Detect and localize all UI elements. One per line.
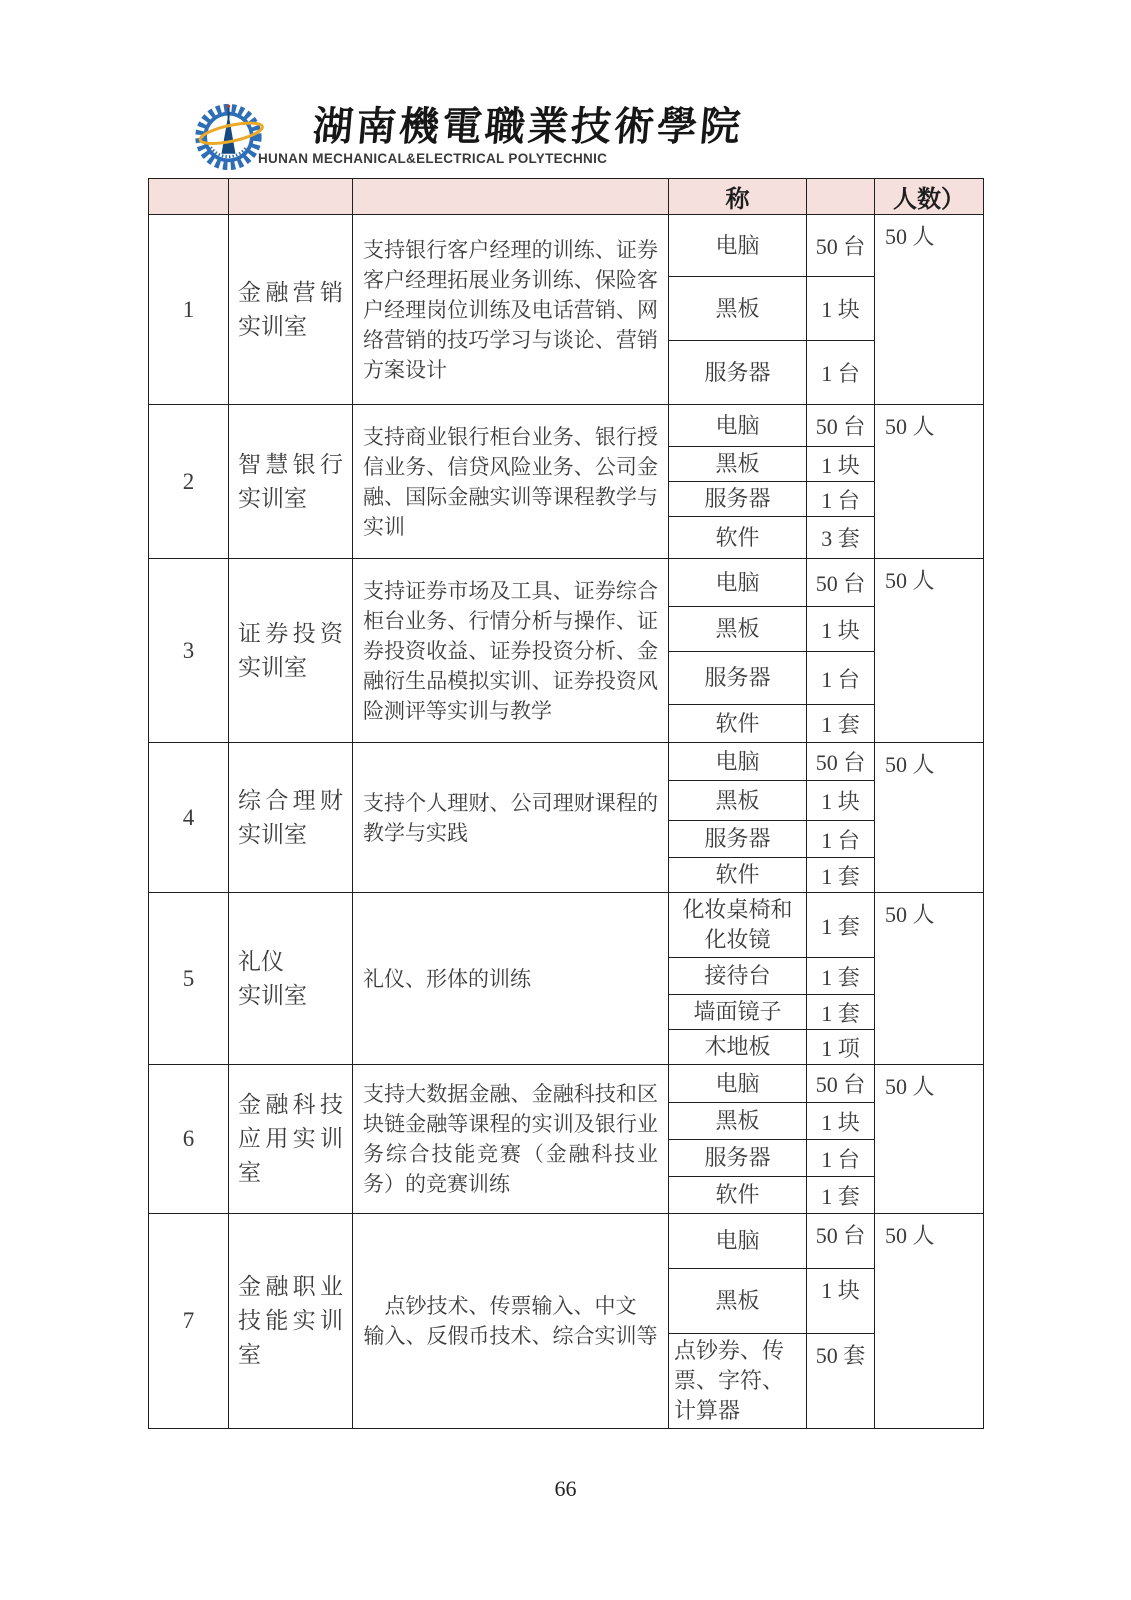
room-description-cell: 点钞技术、传票输入、中文 输入、反假币技术、综合实训等 bbox=[353, 1214, 669, 1429]
training-room-table: 称 人数） 1金融营销实训室支持银行客户经理的训练、证券客户经理拓展业务训练、保… bbox=[148, 178, 984, 1429]
equipment-qty-cell: 50 台 bbox=[807, 1065, 875, 1103]
equipment-name-cell: 化妆桌椅和化妆镜 bbox=[669, 893, 807, 958]
table-row: 6金融科技应用实训室支持大数据金融、金融科技和区块链金融等课程的实训及银行业务综… bbox=[149, 1065, 984, 1103]
equipment-qty-cell: 1 台 bbox=[807, 341, 875, 405]
equipment-name-cell: 电脑 bbox=[669, 1214, 807, 1269]
capacity-cell: 50 人 bbox=[875, 1065, 984, 1214]
equipment-qty-cell: 50 台 bbox=[807, 743, 875, 781]
equipment-qty-cell: 1 套 bbox=[807, 893, 875, 958]
equipment-qty-cell: 1 台 bbox=[807, 652, 875, 705]
row-seq-cell: 5 bbox=[149, 893, 229, 1065]
equipment-qty-cell: 1 套 bbox=[807, 705, 875, 743]
equipment-qty-cell: 1 块 bbox=[807, 781, 875, 821]
row-seq-cell: 7 bbox=[149, 1214, 229, 1429]
school-logo: 湖南機電職業技術學院 HUNAN MECHANICAL&ELECTRICAL P… bbox=[193, 98, 743, 176]
equipment-qty-cell: 1 块 bbox=[807, 1269, 875, 1334]
table-row: 3证券投资实训室支持证券市场及工具、证券综合柜台业务、行情分析与操作、证券投资收… bbox=[149, 559, 984, 607]
room-name-cell: 智慧银行实训室 bbox=[229, 405, 353, 559]
equipment-qty-cell: 1 块 bbox=[807, 447, 875, 482]
equipment-qty-cell: 1 台 bbox=[807, 1140, 875, 1177]
header-cell-blank-seq bbox=[149, 179, 229, 215]
equipment-name-cell: 电脑 bbox=[669, 215, 807, 277]
equipment-qty-cell: 50 台 bbox=[807, 559, 875, 607]
room-description-cell: 礼仪、形体的训练 bbox=[353, 893, 669, 1065]
row-seq-cell: 2 bbox=[149, 405, 229, 559]
equipment-name-cell: 软件 bbox=[669, 1177, 807, 1214]
equipment-name-cell: 黑板 bbox=[669, 277, 807, 341]
row-seq-cell: 6 bbox=[149, 1065, 229, 1214]
logo-text-block: 湖南機電職業技術學院 HUNAN MECHANICAL&ELECTRICAL P… bbox=[313, 98, 743, 166]
equipment-name-cell: 黑板 bbox=[669, 1103, 807, 1140]
equipment-name-cell: 服务器 bbox=[669, 652, 807, 705]
table-row: 1金融营销实训室支持银行客户经理的训练、证券客户经理拓展业务训练、保险客户经理岗… bbox=[149, 215, 984, 277]
equipment-qty-cell: 50 台 bbox=[807, 405, 875, 447]
school-name-english: HUNAN MECHANICAL&ELECTRICAL POLYTECHNIC bbox=[258, 151, 743, 166]
header-cell-equipment-name: 称 bbox=[669, 179, 807, 215]
room-name-cell: 礼仪 实训室 bbox=[229, 893, 353, 1065]
equipment-qty-cell: 50 台 bbox=[807, 215, 875, 277]
row-seq-cell: 4 bbox=[149, 743, 229, 893]
equipment-name-cell: 黑板 bbox=[669, 607, 807, 652]
room-description-cell: 支持大数据金融、金融科技和区块链金融等课程的实训及银行业务综合技能竞赛（金融科技… bbox=[353, 1065, 669, 1214]
room-name-cell: 综合理财实训室 bbox=[229, 743, 353, 893]
row-seq-cell: 3 bbox=[149, 559, 229, 743]
equipment-qty-cell: 1 台 bbox=[807, 482, 875, 517]
table-row: 2智慧银行实训室支持商业银行柜台业务、银行授信业务、信贷风险业务、公司金融、国际… bbox=[149, 405, 984, 447]
equipment-name-cell: 服务器 bbox=[669, 821, 807, 858]
equipment-qty-cell: 1 套 bbox=[807, 958, 875, 995]
equipment-name-cell: 电脑 bbox=[669, 1065, 807, 1103]
equipment-qty-cell: 1 项 bbox=[807, 1030, 875, 1065]
equipment-name-cell: 服务器 bbox=[669, 482, 807, 517]
equipment-name-cell: 接待台 bbox=[669, 958, 807, 995]
capacity-cell: 50 人 bbox=[875, 893, 984, 1065]
row-seq-cell: 1 bbox=[149, 215, 229, 405]
equipment-qty-cell: 1 套 bbox=[807, 995, 875, 1030]
equipment-name-cell: 服务器 bbox=[669, 1140, 807, 1177]
header-cell-blank-description bbox=[353, 179, 669, 215]
room-description-cell: 支持银行客户经理的训练、证券客户经理拓展业务训练、保险客户经理岗位训练及电话营销… bbox=[353, 215, 669, 405]
table-row: 4综合理财实训室支持个人理财、公司理财课程的教学与实践电脑50 台50 人 bbox=[149, 743, 984, 781]
equipment-qty-cell: 1 块 bbox=[807, 277, 875, 341]
equipment-qty-cell: 3 套 bbox=[807, 517, 875, 559]
capacity-cell: 50 人 bbox=[875, 559, 984, 743]
header-cell-capacity: 人数） bbox=[875, 179, 984, 215]
table-header-row: 称 人数） bbox=[149, 179, 984, 215]
room-description-cell: 支持商业银行柜台业务、银行授信业务、信贷风险业务、公司金融、国际金融实训等课程教… bbox=[353, 405, 669, 559]
equipment-name-cell: 黑板 bbox=[669, 781, 807, 821]
header-cell-blank-room bbox=[229, 179, 353, 215]
equipment-qty-cell: 50 套 bbox=[807, 1334, 875, 1429]
capacity-cell: 50 人 bbox=[875, 215, 984, 405]
school-name-chinese: 湖南機電職業技術學院 bbox=[311, 106, 745, 148]
equipment-name-cell: 电脑 bbox=[669, 559, 807, 607]
equipment-name-cell: 黑板 bbox=[669, 1269, 807, 1334]
page-number: 66 bbox=[0, 1476, 1131, 1502]
table-row: 5礼仪 实训室礼仪、形体的训练化妆桌椅和化妆镜1 套50 人 bbox=[149, 893, 984, 958]
capacity-cell: 50 人 bbox=[875, 405, 984, 559]
capacity-cell: 50 人 bbox=[875, 743, 984, 893]
room-name-cell: 证券投资实训室 bbox=[229, 559, 353, 743]
equipment-name-cell: 电脑 bbox=[669, 743, 807, 781]
equipment-name-cell: 服务器 bbox=[669, 341, 807, 405]
capacity-cell: 50 人 bbox=[875, 1214, 984, 1429]
equipment-table-body: 1金融营销实训室支持银行客户经理的训练、证券客户经理拓展业务训练、保险客户经理岗… bbox=[149, 215, 984, 1429]
table-row: 7金融职业技能实训室点钞技术、传票输入、中文 输入、反假币技术、综合实训等电脑5… bbox=[149, 1214, 984, 1269]
room-name-cell: 金融职业技能实训室 bbox=[229, 1214, 353, 1429]
room-name-cell: 金融科技应用实训室 bbox=[229, 1065, 353, 1214]
equipment-name-cell: 电脑 bbox=[669, 405, 807, 447]
equipment-qty-cell: 1 块 bbox=[807, 607, 875, 652]
equipment-qty-cell: 1 台 bbox=[807, 821, 875, 858]
equipment-name-cell: 点钞券、传票、字符、计算器 bbox=[669, 1334, 807, 1429]
equipment-qty-cell: 1 套 bbox=[807, 1177, 875, 1214]
room-description-cell: 支持个人理财、公司理财课程的教学与实践 bbox=[353, 743, 669, 893]
room-name-cell: 金融营销实训室 bbox=[229, 215, 353, 405]
equipment-name-cell: 软件 bbox=[669, 517, 807, 559]
equipment-qty-cell: 50 台 bbox=[807, 1214, 875, 1269]
equipment-qty-cell: 1 块 bbox=[807, 1103, 875, 1140]
equipment-name-cell: 软件 bbox=[669, 858, 807, 893]
equipment-name-cell: 木地板 bbox=[669, 1030, 807, 1065]
equipment-name-cell: 软件 bbox=[669, 705, 807, 743]
equipment-name-cell: 墙面镜子 bbox=[669, 995, 807, 1030]
equipment-qty-cell: 1 套 bbox=[807, 858, 875, 893]
header-cell-blank-qty bbox=[807, 179, 875, 215]
room-description-cell: 支持证券市场及工具、证券综合柜台业务、行情分析与操作、证券投资收益、证券投资分析… bbox=[353, 559, 669, 743]
equipment-name-cell: 黑板 bbox=[669, 447, 807, 482]
